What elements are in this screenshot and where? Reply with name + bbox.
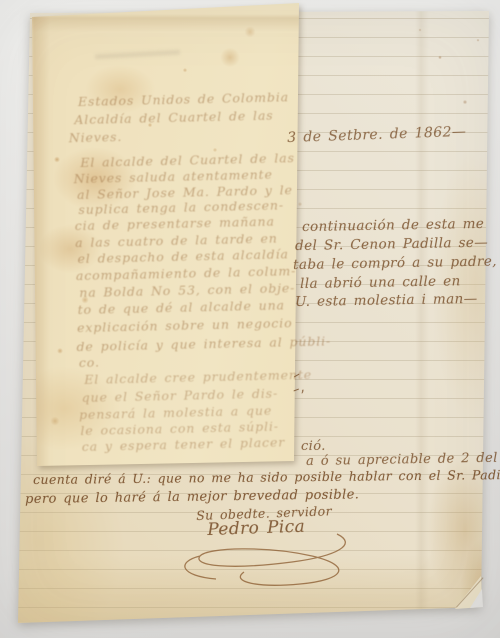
photo-backdrop: 3 de Setbre. de 1862—continuación de est… — [0, 0, 500, 638]
note-sheet — [0, 0, 500, 638]
note-sheet-shadow — [0, 0, 500, 638]
